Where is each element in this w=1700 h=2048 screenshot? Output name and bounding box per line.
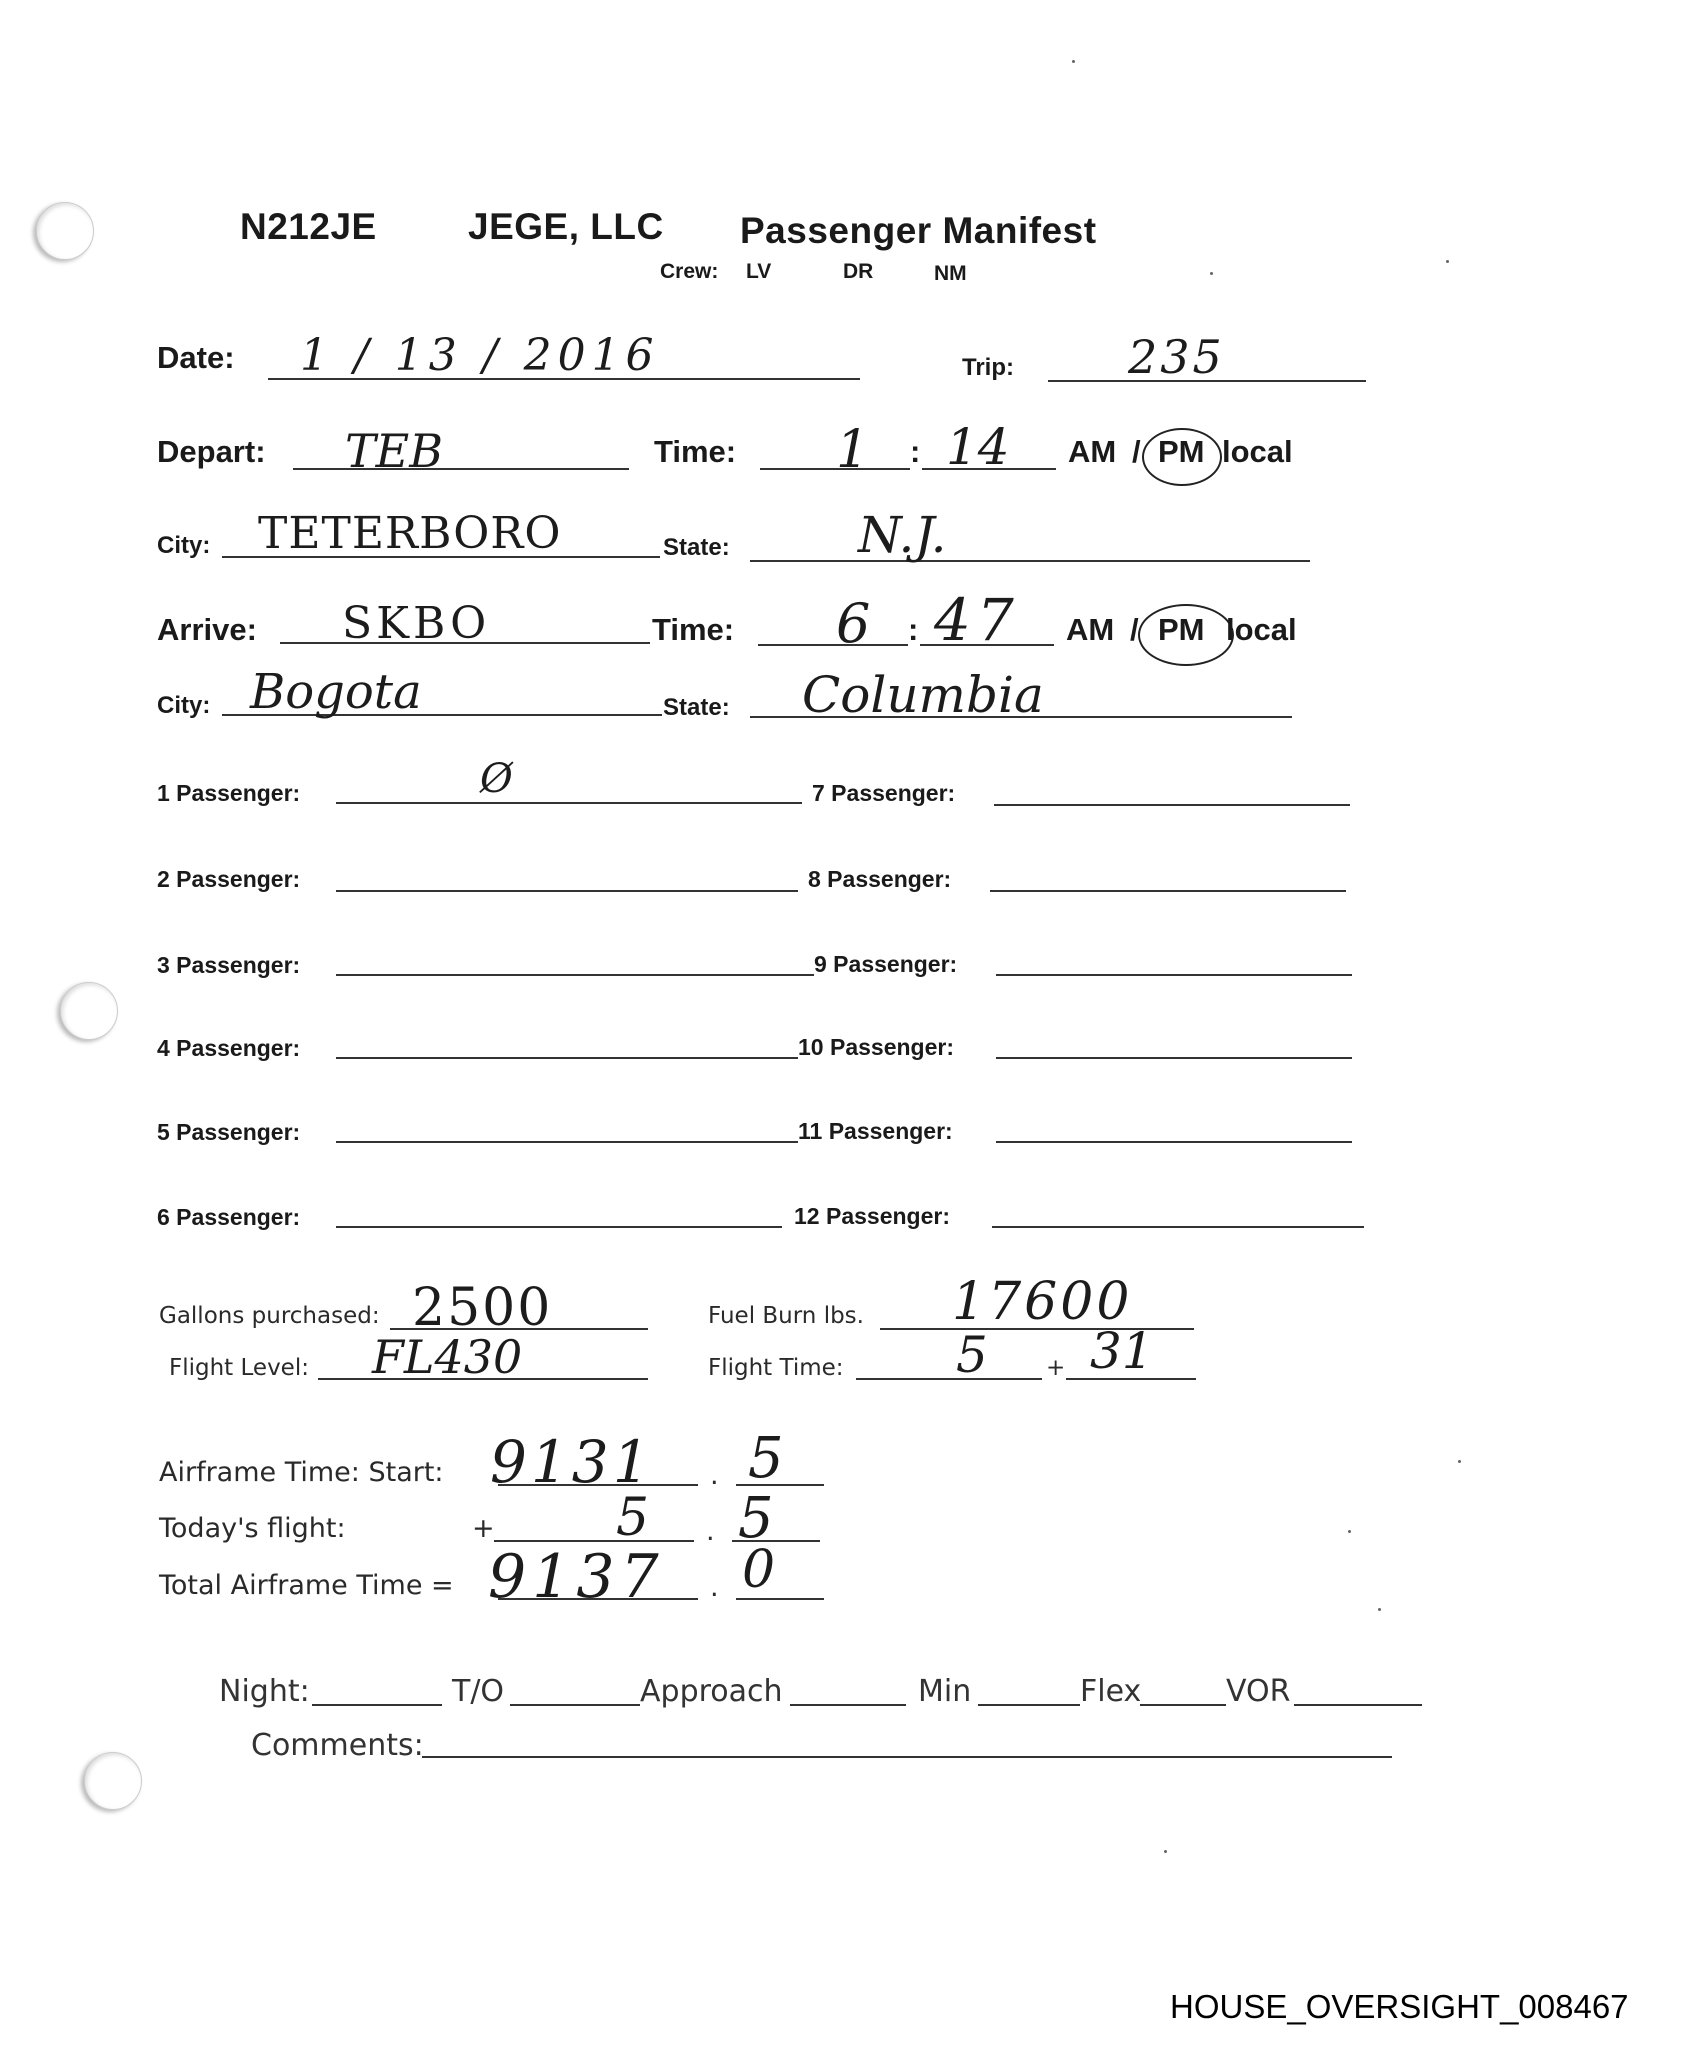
passenger-4-label: 4 Passenger: <box>157 1035 300 1062</box>
crew-member-2: DR <box>843 260 873 284</box>
flight-time-hours-line <box>856 1378 1042 1380</box>
passenger-7-line <box>994 804 1350 806</box>
scan-speck <box>1348 1530 1351 1533</box>
min-line <box>978 1704 1080 1706</box>
arrive-am-option[interactable]: AM <box>1066 612 1114 648</box>
tail-number: N212JE <box>240 206 377 248</box>
passenger-3-label: 3 Passenger: <box>157 952 300 979</box>
depart-local-label: local <box>1222 434 1293 470</box>
trip-value[interactable]: 235 <box>1128 330 1225 384</box>
depart-state-line <box>750 560 1310 562</box>
hole-punch-bottom <box>84 1752 142 1810</box>
airframe-start-label: Airframe Time: Start: <box>159 1457 444 1488</box>
depart-label: Depart: <box>157 434 266 470</box>
crew-member-1: LV <box>746 260 771 284</box>
arrive-local-label: local <box>1226 612 1297 648</box>
arrive-city-value[interactable]: Bogota <box>250 664 422 720</box>
passenger-3-line <box>336 974 814 976</box>
hole-punch-top <box>36 202 94 260</box>
passenger-7-label: 7 Passenger: <box>812 780 955 807</box>
crew-label: Crew: <box>660 260 718 284</box>
comments-label: Comments: <box>251 1728 424 1763</box>
depart-time-label: Time: <box>654 434 736 470</box>
passenger-8-label: 8 Passenger: <box>808 866 951 893</box>
passenger-2-line <box>336 890 798 892</box>
passenger-12-label: 12 Passenger: <box>794 1203 950 1230</box>
passenger-6-line <box>336 1226 782 1228</box>
todays-flight-dot: . <box>706 1516 715 1547</box>
night-line <box>312 1704 442 1706</box>
hole-punch-middle <box>60 982 118 1040</box>
passenger-10-line <box>996 1057 1352 1059</box>
arrive-time-minutes[interactable]: 47 <box>934 586 1020 654</box>
total-airframe-tenth[interactable]: 0 <box>742 1540 775 1600</box>
date-label: Date: <box>157 340 235 376</box>
date-value[interactable]: 1 / 13 / 2016 <box>300 330 660 381</box>
depart-field-line <box>293 468 629 470</box>
scan-speck <box>1458 1460 1461 1463</box>
scan-speck <box>1164 1850 1167 1853</box>
flight-time-label: Flight Time: <box>708 1355 844 1381</box>
arrive-slash: / <box>1130 612 1139 648</box>
scan-speck <box>1446 260 1449 263</box>
trip-label: Trip: <box>962 354 1014 382</box>
arrive-time-label: Time: <box>652 612 734 648</box>
depart-value[interactable]: TEB <box>345 424 443 478</box>
arrive-hour-line <box>758 644 908 646</box>
min-label: Min <box>918 1674 971 1709</box>
passenger-12-line <box>992 1226 1364 1228</box>
arrive-value[interactable]: SKBO <box>342 598 490 649</box>
depart-city-label: City: <box>157 532 210 560</box>
arrive-time-colon: : <box>908 612 918 648</box>
gallons-value[interactable]: 2500 <box>412 1278 552 1338</box>
depart-state-label: State: <box>663 534 730 562</box>
total-airframe-dot: . <box>710 1572 719 1603</box>
flight-time-plus: + <box>1046 1355 1065 1381</box>
depart-time-hour[interactable]: 1 <box>836 420 869 480</box>
airframe-start-whole[interactable]: 9131 <box>490 1428 654 1496</box>
takeoff-label: T/O <box>452 1674 504 1709</box>
passenger-5-label: 5 Passenger: <box>157 1119 300 1146</box>
depart-time-minutes[interactable]: 14 <box>946 418 1010 476</box>
vor-label: VOR <box>1226 1674 1290 1709</box>
depart-slash: / <box>1132 434 1141 470</box>
page-title: Passenger Manifest <box>740 210 1097 252</box>
todays-flight-whole[interactable]: 5 <box>616 1488 649 1548</box>
todays-flight-plus: + <box>472 1513 495 1544</box>
bates-number: HOUSE_OVERSIGHT_008467 <box>1170 1988 1629 2026</box>
total-airframe-label: Total Airframe Time = <box>159 1570 454 1601</box>
passenger-11-label: 11 Passenger: <box>798 1118 953 1145</box>
depart-state-value[interactable]: N.J. <box>858 506 947 564</box>
depart-am-option[interactable]: AM <box>1068 434 1116 470</box>
flight-time-hours[interactable]: 5 <box>956 1326 988 1384</box>
todays-flight-label: Today's flight: <box>159 1513 346 1544</box>
scan-speck <box>1210 272 1213 275</box>
total-airframe-whole[interactable]: 9137 <box>488 1542 665 1612</box>
comments-line <box>422 1756 1392 1758</box>
approach-line <box>790 1704 906 1706</box>
passenger-1-value[interactable]: Ø <box>480 756 513 802</box>
flight-level-label: Flight Level: <box>169 1355 309 1381</box>
company-name: JEGE, LLC <box>468 206 664 248</box>
takeoff-line <box>510 1704 640 1706</box>
depart-pm-selected-circle <box>1142 428 1222 486</box>
arrive-city-label: City: <box>157 692 210 720</box>
passenger-1-line <box>336 802 802 804</box>
scan-speck <box>1378 1608 1381 1611</box>
passenger-9-line <box>996 974 1352 976</box>
passenger-5-line <box>336 1141 798 1143</box>
flex-label: Flex <box>1080 1674 1141 1709</box>
depart-hour-line <box>760 468 910 470</box>
passenger-10-label: 10 Passenger: <box>798 1034 954 1061</box>
arrive-pm-selected-circle <box>1138 604 1234 666</box>
gallons-purchased-label: Gallons purchased: <box>159 1303 380 1329</box>
arrive-state-value[interactable]: Columbia <box>802 666 1044 724</box>
approach-label: Approach <box>640 1674 783 1709</box>
passenger-11-line <box>996 1141 1352 1143</box>
passenger-9-label: 9 Passenger: <box>814 951 957 978</box>
arrive-label: Arrive: <box>157 612 257 648</box>
night-label: Night: <box>219 1674 310 1709</box>
passenger-1-label: 1 Passenger: <box>157 780 300 807</box>
depart-city-value[interactable]: TETERBORO <box>258 508 562 559</box>
crew-member-3: NM <box>934 262 967 286</box>
passenger-2-label: 2 Passenger: <box>157 866 300 893</box>
fuel-burn-label: Fuel Burn lbs. <box>708 1303 864 1329</box>
airframe-start-tenth[interactable]: 5 <box>748 1426 784 1491</box>
flight-level-value[interactable]: FL430 <box>372 1330 522 1384</box>
flight-time-minutes[interactable]: 31 <box>1090 1322 1154 1380</box>
scan-speck <box>1072 60 1075 63</box>
flex-line <box>1140 1704 1226 1706</box>
depart-time-colon: : <box>910 434 920 470</box>
passenger-6-label: 6 Passenger: <box>157 1204 300 1231</box>
airframe-start-dot: . <box>710 1460 719 1491</box>
vor-line <box>1294 1704 1422 1706</box>
passenger-8-line <box>990 890 1346 892</box>
arrive-state-label: State: <box>663 694 730 722</box>
passenger-4-line <box>336 1057 798 1059</box>
arrive-time-hour[interactable]: 6 <box>836 592 870 655</box>
